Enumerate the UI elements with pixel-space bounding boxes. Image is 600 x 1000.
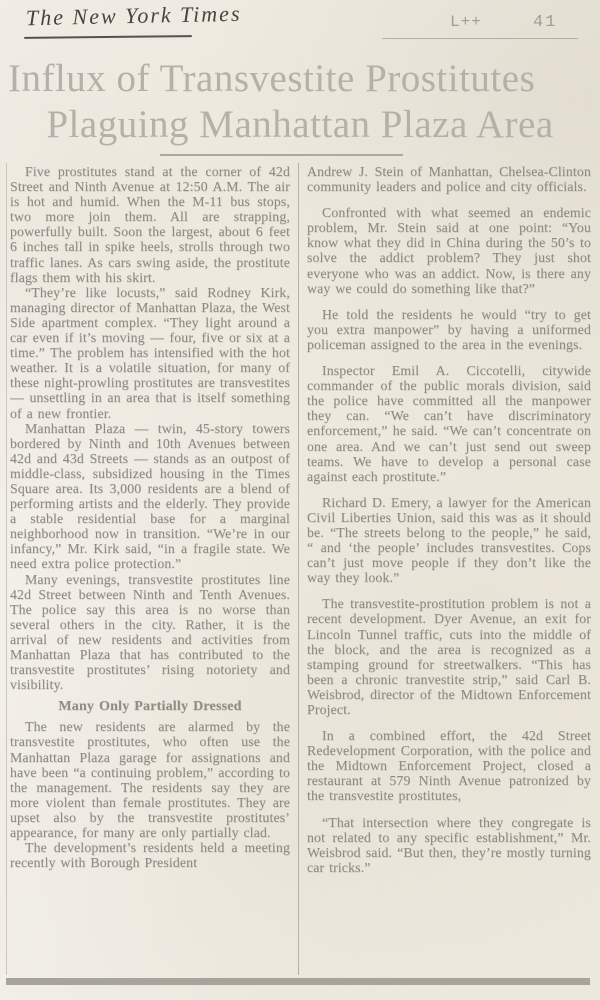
page-number: 41: [533, 13, 557, 32]
article-paragraph: “That intersection where they congregate…: [307, 815, 591, 875]
headline-line1: Influx of Transvestite Prostitutes: [5, 56, 595, 102]
article-paragraph: Five prostitutes stand at the corner of …: [10, 164, 290, 285]
newspaper-clipping: The New York Times L++ 41 Influx of Tran…: [0, 0, 600, 1000]
article-paragraph: “They’re like locusts,” said Rodney Kirk…: [10, 285, 290, 421]
bottom-rule: [6, 978, 590, 985]
header-rule: [382, 38, 578, 39]
article-paragraph: Richard D. Emery, a lawyer for the Ameri…: [307, 495, 591, 586]
article-paragraph: Confronted with what seemed an endemic p…: [307, 205, 591, 296]
article-paragraph: Many evenings, transvestite prostitutes …: [10, 572, 290, 693]
handwritten-note: The New York Times: [26, 1, 242, 32]
article-columns: Five prostitutes stand at the corner of …: [6, 163, 593, 975]
section-subhead: Many Only Partially Dressed: [10, 699, 290, 714]
headline-rule: [160, 154, 403, 156]
article-paragraph: He told the residents he would “try to g…: [307, 307, 591, 352]
right-column: Andrew J. Stein of Manhattan, Chelsea-Cl…: [299, 163, 593, 975]
article-paragraph: The development’s residents held a meeti…: [10, 840, 290, 870]
headline-line2: Plaguing Manhattan Plaza Area: [5, 102, 595, 148]
left-column: Five prostitutes stand at the corner of …: [7, 163, 294, 975]
article-paragraph: Manhattan Plaza — twin, 45-story towers …: [10, 421, 290, 572]
article-paragraph: In a combined effort, the 42d Street Red…: [307, 728, 591, 803]
edition-mark: L++: [450, 13, 482, 31]
article-paragraph: Andrew J. Stein of Manhattan, Chelsea-Cl…: [307, 164, 591, 194]
handwritten-underline: [24, 35, 192, 39]
article-paragraph: The new residents are alarmed by the tra…: [10, 719, 290, 840]
article-paragraph: The transvestite-prostitution problem is…: [307, 596, 591, 717]
article-paragraph: Inspector Emil A. Ciccotelli, citywide c…: [307, 363, 591, 484]
headline: Influx of Transvestite Prostitutes Plagu…: [5, 56, 595, 148]
